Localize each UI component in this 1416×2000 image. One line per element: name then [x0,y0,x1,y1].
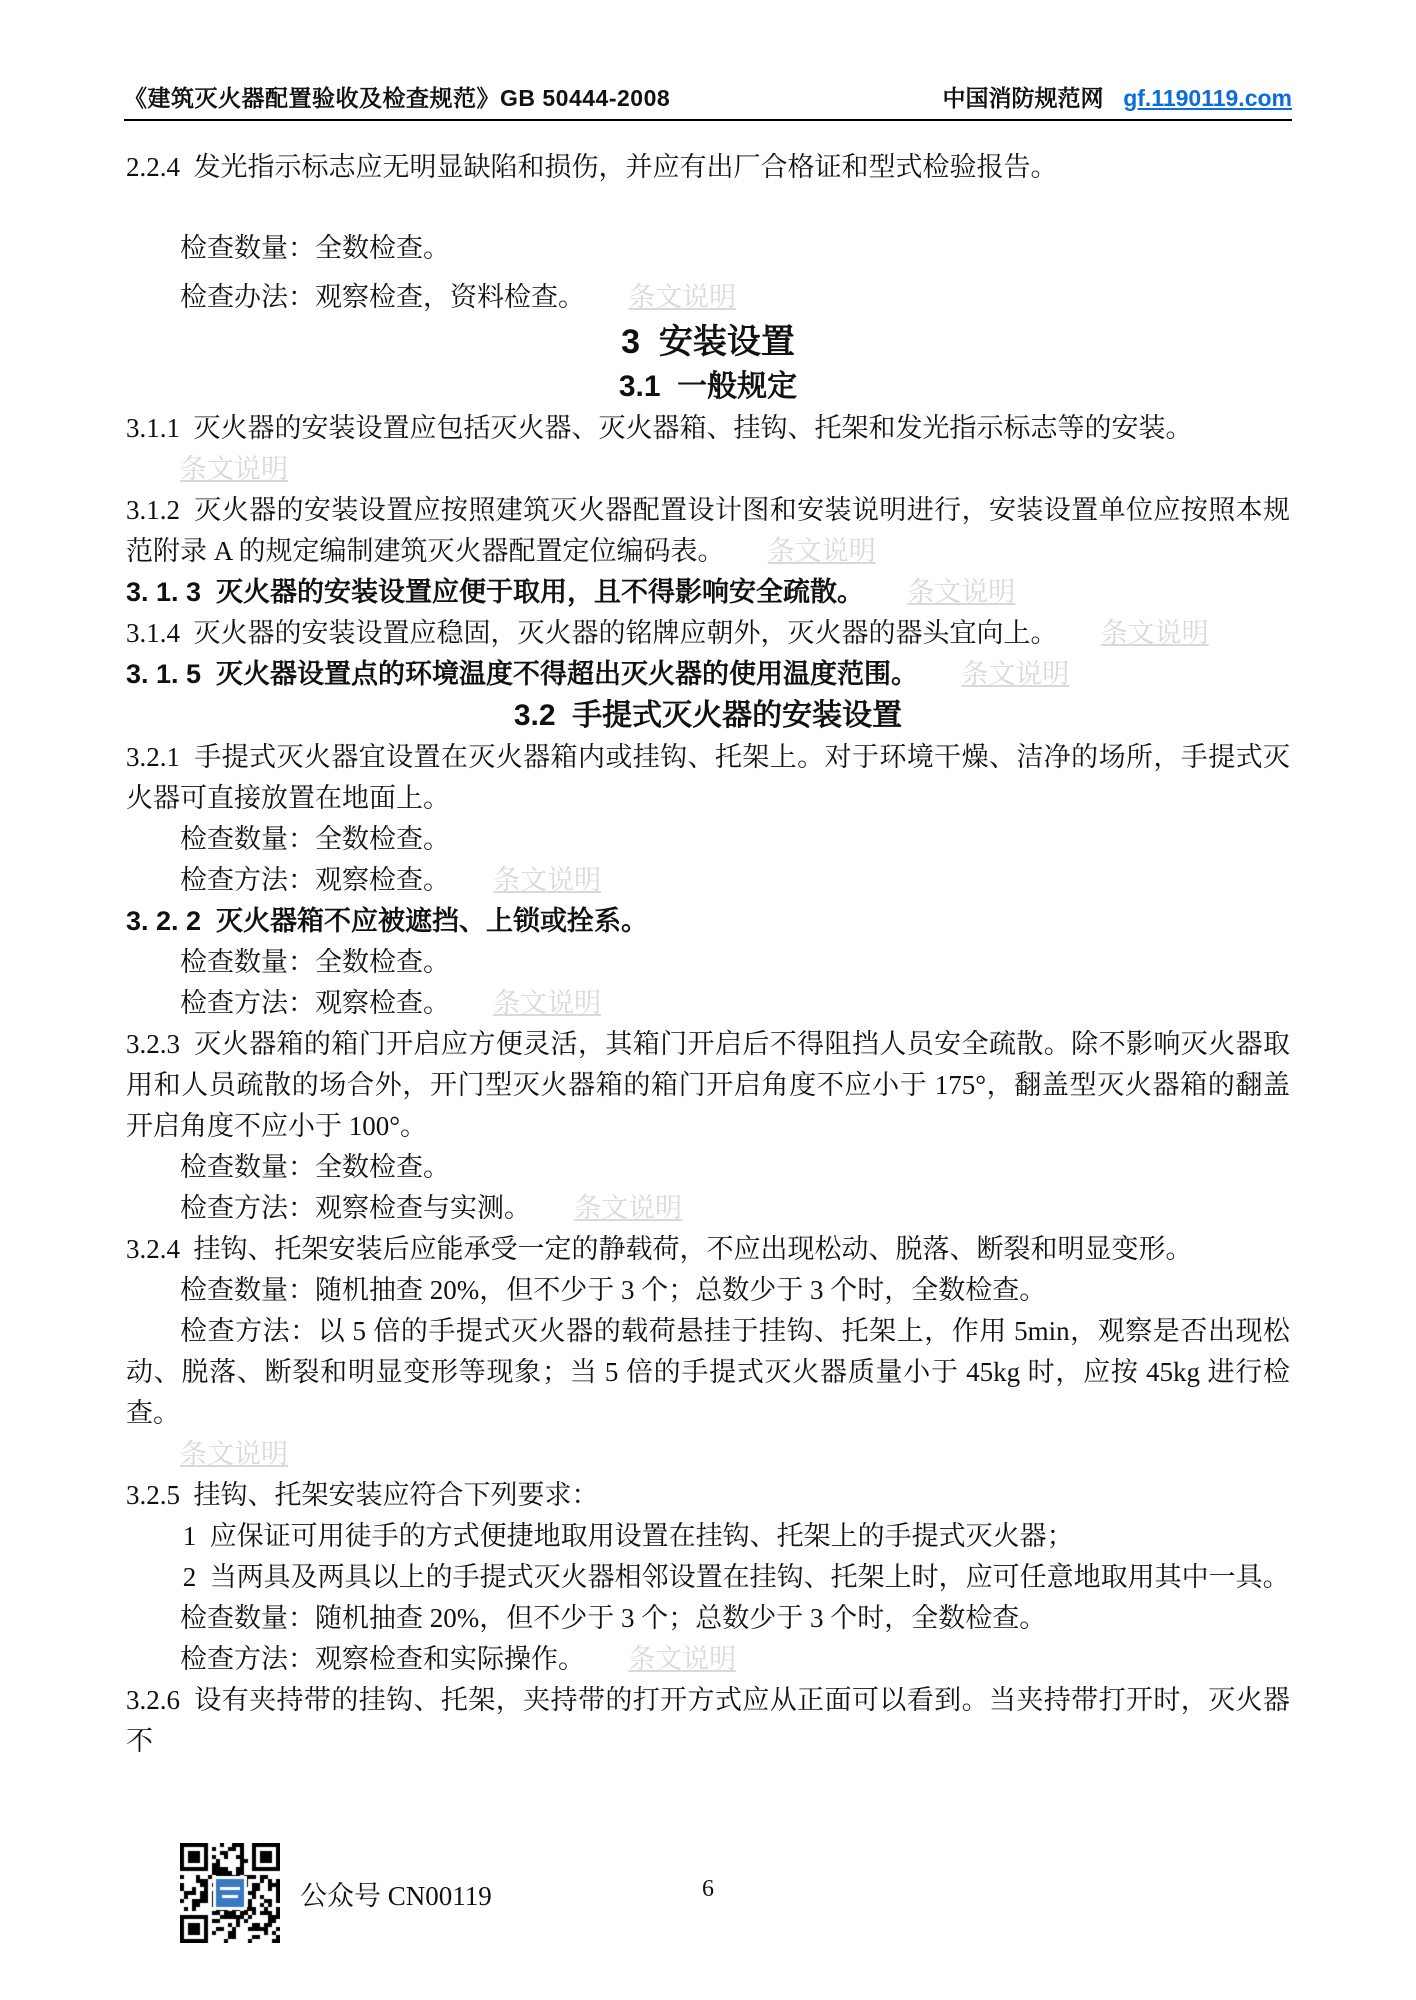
check-method-line: 检查办法：观察检查，资料检查。条文说明 [126,277,1290,318]
site-link[interactable]: gf.1190119.com [1123,85,1292,111]
check-text: 检查方法：观察检查。 [180,988,450,1018]
check-text: 检查数量：随机抽查 20%，但不少于 3 个；总数少于 3 个时，全数检查。 [180,1275,1046,1305]
tiaowen-note-link[interactable]: 条文说明 [180,1439,288,1469]
check-text: 检查方法：观察检查。 [180,865,450,895]
check-text: 检查办法：观察检查，资料检查。 [180,282,585,312]
tiaowen-note-link[interactable]: 条文说明 [574,1193,682,1223]
clause-text: 3.2.1 手提式灭火器宜设置在灭火器箱内或挂钩、托架上。对于环境干燥、洁净的场… [126,742,1290,813]
clause-text: 3.1.4 灭火器的安装设置应稳固，灭火器的铭牌应朝外，灭火器的器头宜向上。 [126,618,1058,648]
document-title: 《建筑灭火器配置验收及检查规范》GB 50444-2008 [124,80,670,113]
check-quantity-line: 检查数量：全数检查。 [126,1147,1290,1188]
clause-text: 3.2.4 挂钩、托架安装后应能承受一定的静载荷，不应出现松动、脱落、断裂和明显… [126,1234,1193,1264]
list-item-1: 1 应保证可用徒手的方式便捷地取用设置在挂钩、托架上的手提式灭火器； [126,1516,1290,1557]
tiaowen-note-link[interactable]: 条文说明 [907,577,1015,607]
clause-3-2-4: 3.2.4 挂钩、托架安装后应能承受一定的静载荷，不应出现松动、脱落、断裂和明显… [126,1229,1290,1270]
clause-text: 3. 2. 2 灭火器箱不应被遮挡、上锁或拴系。 [126,906,648,936]
check-quantity-line: 检查数量：全数检查。 [126,942,1290,983]
list-item-text: 1 应保证可用徒手的方式便捷地取用设置在挂钩、托架上的手提式灭火器； [183,1521,1074,1551]
clause-text: 3.1.2 灭火器的安装设置应按照建筑灭火器配置设计图和安装说明进行，安装设置单… [126,495,1290,566]
clause-text: 2.2.4 发光指示标志应无明显缺陷和损伤，并应有出厂合格证和型式检验报告。 [126,152,1058,182]
tiaowen-note-link[interactable]: 条文说明 [180,454,288,484]
clause-3-2-1: 3.2.1 手提式灭火器宜设置在灭火器箱内或挂钩、托架上。对于环境干燥、洁净的场… [126,737,1290,819]
tiaowen-note-link[interactable]: 条文说明 [1101,618,1209,648]
tiaowen-note-link[interactable]: 条文说明 [768,536,876,566]
document-page: 《建筑灭火器配置验收及检查规范》GB 50444-2008 中国消防规范网 gf… [0,0,1416,2000]
clause-3-1-4: 3.1.4 灭火器的安装设置应稳固，灭火器的铭牌应朝外，灭火器的器头宜向上。条文… [126,613,1290,654]
clause-text: 3. 1. 5 灭火器设置点的环境温度不得超出灭火器的使用温度范围。 [126,659,918,689]
clause-text: 3.1.1 灭火器的安装设置应包括灭火器、灭火器箱、挂钩、托架和发光指示标志等的… [126,413,1193,443]
check-quantity-line: 检查数量：随机抽查 20%，但不少于 3 个；总数少于 3 个时，全数检查。 [126,1270,1290,1311]
list-item-text: 2 当两具及两具以上的手提式灭火器相邻设置在挂钩、托架上时，应可任意地取用其中一… [183,1562,1290,1592]
check-quantity-line: 检查数量：随机抽查 20%，但不少于 3 个；总数少于 3 个时，全数检查。 [126,1598,1290,1639]
clause-text: 3.2.6 设有夹持带的挂钩、托架，夹持带的打开方式应从正面可以看到。当夹持带打… [126,1685,1290,1756]
clause-text: 3.2.3 灭火器箱的箱门开启应方便灵活，其箱门开启后不得阻挡人员安全疏散。除不… [126,1029,1290,1141]
clause-3-1-5: 3. 1. 5 灭火器设置点的环境温度不得超出灭火器的使用温度范围。条文说明 [126,654,1290,695]
section-heading-3-2: 3.2 手提式灭火器的安装设置 [126,695,1290,737]
check-quantity-line: 检查数量：全数检查。 [126,819,1290,860]
check-method-line: 检查方法：以 5 倍的手提式灭火器的载荷悬挂于挂钩、托架上，作用 5min，观察… [126,1311,1290,1434]
page-number: 6 [0,1876,1416,1903]
document-body: 2.2.4 发光指示标志应无明显缺陷和损伤，并应有出厂合格证和型式检验报告。 检… [126,147,1290,1762]
clause-3-2-2: 3. 2. 2 灭火器箱不应被遮挡、上锁或拴系。 [126,901,1290,942]
check-method-line: 检查方法：观察检查和实际操作。条文说明 [126,1639,1290,1680]
clause-3-1-1: 3.1.1 灭火器的安装设置应包括灭火器、灭火器箱、挂钩、托架和发光指示标志等的… [126,408,1290,449]
check-text: 检查方法：以 5 倍的手提式灭火器的载荷悬挂于挂钩、托架上，作用 5min，观察… [126,1316,1290,1428]
clause-text: 3. 1. 3 灭火器的安装设置应便于取用，且不得影响安全疏散。 [126,577,864,607]
check-method-line: 检查方法：观察检查与实测。条文说明 [126,1188,1290,1229]
check-text: 检查数量：全数检查。 [180,1152,450,1182]
clause-text: 3.2.5 挂钩、托架安装应符合下列要求： [126,1480,599,1510]
tiaowen-note-link[interactable]: 条文说明 [628,282,736,312]
tiaowen-note-link[interactable]: 条文说明 [961,659,1069,689]
tiaowen-note-link[interactable]: 条文说明 [493,865,601,895]
clause-3-2-5: 3.2.5 挂钩、托架安装应符合下列要求： [126,1475,1290,1516]
check-text: 检查数量：全数检查。 [180,233,450,263]
chapter-heading: 3 安装设置 [126,318,1290,366]
check-method-line: 检查方法：观察检查。条文说明 [126,860,1290,901]
tiaowen-note-link[interactable]: 条文说明 [628,1644,736,1674]
clause-3-1-3: 3. 1. 3 灭火器的安装设置应便于取用，且不得影响安全疏散。条文说明 [126,572,1290,613]
note-line: 条文说明 [126,449,1290,490]
clause-3-2-6: 3.2.6 设有夹持带的挂钩、托架，夹持带的打开方式应从正面可以看到。当夹持带打… [126,1680,1290,1762]
check-text: 检查方法：观察检查和实际操作。 [180,1644,585,1674]
section-heading-3-1: 3.1 一般规定 [126,366,1290,408]
tiaowen-note-link[interactable]: 条文说明 [493,988,601,1018]
header-right: 中国消防规范网 gf.1190119.com [942,80,1292,113]
check-text: 检查方法：观察检查与实测。 [180,1193,531,1223]
check-method-line: 检查方法：观察检查。条文说明 [126,983,1290,1024]
note-line: 条文说明 [126,1434,1290,1475]
check-text: 检查数量：全数检查。 [180,947,450,977]
site-name: 中国消防规范网 [942,86,1103,111]
list-item-2: 2 当两具及两具以上的手提式灭火器相邻设置在挂钩、托架上时，应可任意地取用其中一… [126,1557,1290,1598]
clause-3-2-3: 3.2.3 灭火器箱的箱门开启应方便灵活，其箱门开启后不得阻挡人员安全疏散。除不… [126,1024,1290,1147]
check-text: 检查数量：全数检查。 [180,824,450,854]
page-header: 《建筑灭火器配置验收及检查规范》GB 50444-2008 中国消防规范网 gf… [124,0,1292,121]
clause-3-1-2: 3.1.2 灭火器的安装设置应按照建筑灭火器配置设计图和安装说明进行，安装设置单… [126,490,1290,572]
clause-2-2-4: 2.2.4 发光指示标志应无明显缺陷和损伤，并应有出厂合格证和型式检验报告。 [126,147,1290,188]
check-quantity-line: 检查数量：全数检查。 [126,228,1290,269]
check-text: 检查数量：随机抽查 20%，但不少于 3 个；总数少于 3 个时，全数检查。 [180,1603,1046,1633]
